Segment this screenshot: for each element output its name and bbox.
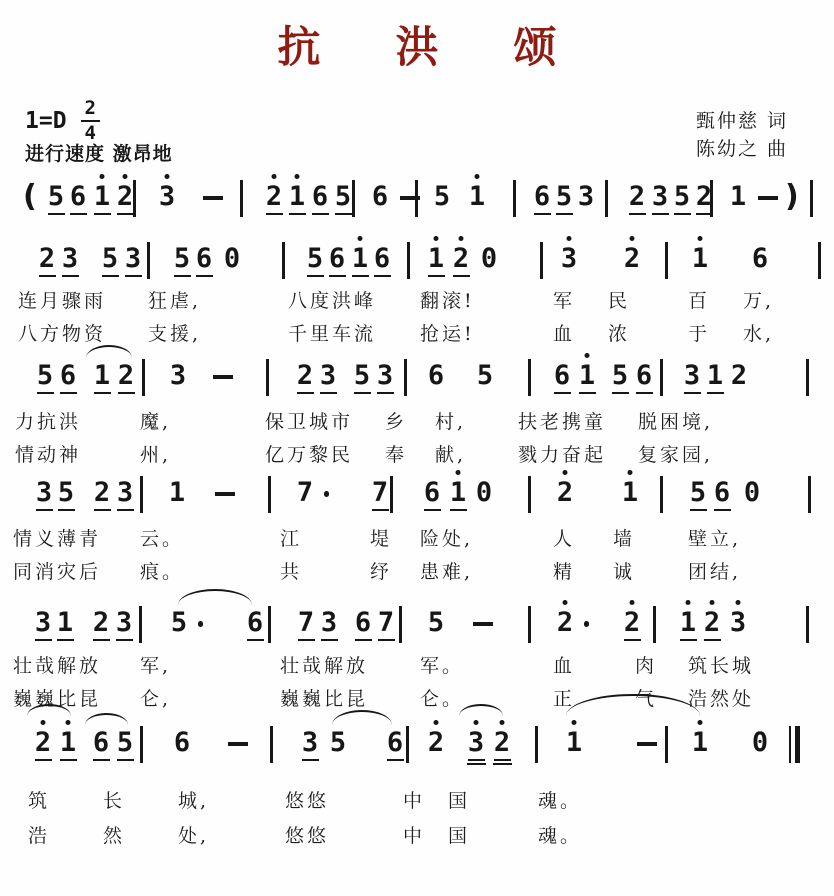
note: 5 [113,727,137,763]
note: 0 [748,727,772,763]
note: 5 [670,181,694,217]
octave-dot-above [686,600,691,605]
note: 6 [308,181,332,217]
lyric-word: 魔, [140,407,171,434]
note: 2 [90,477,114,513]
octave-dot-above [434,236,439,241]
lyric-word: 亿万黎民 [265,440,353,467]
lyric-word: 仑, [140,684,171,711]
lyric-word: 复家园, [638,440,713,467]
lyric-word: 保卫城市 [265,407,353,434]
octave-dot-above [698,720,703,725]
close-paren: ) [785,179,799,215]
lyric-word: 军。 [420,651,464,678]
octave-dot-above [434,720,439,725]
note: 1 [90,181,114,217]
note: 3 [121,243,145,279]
barline [660,359,663,396]
note: 1 [424,243,448,279]
note: 3 [113,477,137,513]
note: 3 [557,243,581,279]
note: 2 [553,607,577,643]
note: 5 [54,477,78,513]
octave-dot-above [123,174,128,179]
lyric-word: 翻滚! [420,286,475,313]
barline [406,726,409,763]
note: 6 [748,243,772,279]
lyric-word: 巍巍比昆 [280,684,368,711]
octave-dot-above [630,236,635,241]
barline [282,242,285,279]
lyric-word: 云。 [140,524,184,551]
lyric-word: 狂虐, [148,286,201,313]
note: 6 [351,607,375,643]
note: 6 [89,727,113,763]
lyric-word: 壮哉解放 [13,651,101,678]
lyric-word: 扶老携童 [518,407,606,434]
octave-dot-above [272,174,277,179]
note: 2 [449,243,473,279]
lyric-word: 八方物资 [18,319,106,346]
barline [404,359,407,396]
note: 5 [167,607,191,643]
octave-dot-above [295,174,300,179]
note: 2 [620,607,644,643]
note: 3 [726,607,750,643]
lyric-word: 血 [553,651,575,678]
note: 6 [424,360,448,396]
note: 3 [155,181,179,217]
lyric-word: 中 [403,786,425,813]
lyric-word: 处, [178,821,209,848]
lyric-word: 情动神 [15,440,81,467]
slur-arc [86,345,132,358]
note: 1 [688,243,712,279]
dash-continuation [213,375,233,379]
note: 5 [430,181,454,217]
lyric-word: 连月骤雨 [18,286,106,313]
note: 2 [262,181,286,217]
lyric-word: 肉 [635,651,657,678]
octave-dot-above [66,720,71,725]
lyric-word: 然 [103,821,125,848]
lyric-word: 军, [140,651,171,678]
barline [268,606,271,643]
lyric-word: 八度洪峰 [288,286,376,313]
note: 3 [31,607,55,643]
lyric-word: 诚 [613,557,635,584]
note: 2 [35,243,59,279]
barline [352,180,355,217]
lyric-word: 筑长城 [688,651,754,678]
lyric-word: 浩然处 [688,684,754,711]
lyric-word: 情义薄青 [13,524,101,551]
lyric-word: 团结, [688,557,741,584]
barline [665,242,668,279]
note: 5 [98,243,122,279]
lyric-word: 筑 [28,786,50,813]
note: 5 [326,727,350,763]
slur-arc [459,704,503,716]
lyric-word: 支援, [148,319,201,346]
dash-continuation [473,622,493,626]
barline [513,180,516,217]
note: 7 [294,607,318,643]
note: 6 [632,360,656,396]
barline [268,476,271,513]
note: 6 [66,181,90,217]
barline [810,180,813,217]
barline [605,180,608,217]
note: 0 [477,243,501,279]
lyric-word: 奉 [385,440,407,467]
note: 7 [374,607,398,643]
lyric-word: 戮力奋起 [518,440,606,467]
note: 1 [575,360,599,396]
note: 2 [620,243,644,279]
note: 3 [373,360,397,396]
barline [133,180,136,217]
note: 2 [31,727,55,763]
note: 5 [473,360,497,396]
octave-dot-above [41,720,46,725]
note: 1 [165,477,189,513]
note: 1 [562,727,586,763]
note: 1 [446,477,470,513]
barline [140,726,143,763]
lyric-word: 精 [553,557,575,584]
lyric-word: 国 [448,786,470,813]
lyric-word: 水, [743,319,774,346]
dash-continuation [203,196,223,200]
lyric-word: 长 [103,786,125,813]
barline [660,476,663,513]
lyric-word: 壁立, [688,524,741,551]
note: 3 [58,243,82,279]
barline [266,359,269,396]
note: 2 [424,727,448,763]
note: 6 [243,607,267,643]
note: 3 [112,607,136,643]
lyric-word: 仑。 [420,684,464,711]
note: 5 [303,243,327,279]
note: 6 [368,181,392,217]
barline [808,476,811,513]
note: 3 [574,181,598,217]
octave-dot-above [736,600,741,605]
barline [665,726,668,763]
lyric-word: 纾 [370,557,392,584]
lyric-word: 于 [688,319,710,346]
barline [390,476,393,513]
note: 6 [170,727,194,763]
octave-dot-above [474,720,479,725]
barline [540,242,543,279]
lyric-word: 力抗洪 [15,407,81,434]
note: 1 [53,607,77,643]
final-barline [795,726,800,763]
octave-dot-above [630,600,635,605]
note: 2 [490,727,514,763]
lyric-word: 痕。 [140,557,184,584]
barline [528,476,531,513]
barline [415,180,418,217]
note: 2 [625,181,649,217]
octave-dot-above [456,470,461,475]
slur-arc [332,710,392,725]
dash-continuation [215,492,235,496]
note: 6 [56,360,80,396]
note: 0 [472,477,496,513]
lyric-word: 乡 [385,407,407,434]
lyric-word: 百 [688,286,710,313]
note: 6 [530,181,554,217]
note: 5 [170,243,194,279]
note: 2 [293,360,317,396]
dash-continuation [637,742,657,746]
note: 1 [56,727,80,763]
sheet-music-page: 抗 洪 颂 1=D 2 4 进行速度 激昂地 甄仲慈 词 陈幼之 曲 (5612… [0,0,834,896]
octave-dot-above [459,236,464,241]
lyric-word: 共 [280,557,302,584]
barline [653,606,656,643]
octave-dot-above [585,353,590,358]
lyric-word: 险处, [420,524,473,551]
lyric-word: 魂。 [538,786,582,813]
lyric-word: 墙 [613,524,635,551]
octave-dot-above [698,236,703,241]
note: 1 [90,360,114,396]
lyric-word: 堤 [370,524,392,551]
note: 5 [33,360,57,396]
note: 6 [325,243,349,279]
note: 6 [383,727,407,763]
lyric-word: 国 [448,821,470,848]
slur-arc [85,713,128,725]
octave-dot-above [358,236,363,241]
octave-dot-above [710,600,715,605]
lyric-word: 万, [743,286,774,313]
note: 2 [553,477,577,513]
note: 1 [688,727,712,763]
barline [142,359,145,396]
lyric-word: 献, [435,440,466,467]
note: 1 [676,607,700,643]
slur-arc [178,589,252,605]
note: 1 [465,181,489,217]
note: 2 [727,360,751,396]
note: 0 [740,477,764,513]
note: 3 [680,360,704,396]
lyric-word: 悠悠 [285,821,329,848]
octave-dot-above [572,720,577,725]
barline [818,242,821,279]
note: 3 [648,181,672,217]
dash-continuation [228,742,248,746]
lyric-word: 州, [140,440,171,467]
lyric-word: 同消灾后 [13,557,101,584]
octave-dot-above [563,600,568,605]
note: 6 [710,477,734,513]
lyric-word: 浓 [608,319,630,346]
lyric-word: 军 [553,286,575,313]
octave-dot-above [563,470,568,475]
note: 5 [608,360,632,396]
note: 1 [348,243,372,279]
note: 5 [44,181,68,217]
barline [528,359,531,396]
barline [535,726,538,763]
barline [270,726,273,763]
lyric-word: 抢运! [420,319,475,346]
barline [139,606,142,643]
lyric-word: 脱困境, [638,407,713,434]
note: 3 [317,607,341,643]
barline [710,180,713,217]
lyric-word: 悠悠 [285,786,329,813]
octave-dot-above [165,174,170,179]
note: 6 [370,243,394,279]
slur-arc [566,694,700,716]
note: 6 [550,360,574,396]
note: 2 [114,360,138,396]
lyric-word: 血 [553,319,575,346]
note: 5 [350,360,374,396]
barline [407,242,410,279]
note: 7 [293,477,317,513]
note: 3 [166,360,190,396]
octave-dot-above [628,470,633,475]
barline [806,359,809,396]
note: 1 [285,181,309,217]
lyric-word: 江 [280,524,302,551]
note: 7 [368,477,392,513]
lyric-word: 患难, [420,557,473,584]
note: 2 [89,607,113,643]
barline [399,606,402,643]
octave-dot-above [500,720,505,725]
lyric-word: 浩 [28,821,50,848]
lyric-word: 村, [435,407,466,434]
note: 5 [424,607,448,643]
barline [147,242,150,279]
note: 3 [298,727,322,763]
note: 1 [618,477,642,513]
barline [528,606,531,643]
note: 2 [700,607,724,643]
octave-dot-above [475,174,480,179]
note: 3 [32,477,56,513]
score-area: (56123216565165323521)235356056161203216… [0,0,834,896]
dash-continuation [758,196,778,200]
barline [140,476,143,513]
octave-dot-above [100,174,105,179]
note: 6 [420,477,444,513]
note: 5 [686,477,710,513]
note: 1 [726,181,750,217]
lyric-word: 壮哉解放 [280,651,368,678]
octave-dot-above [567,236,572,241]
barline [806,606,809,643]
note: 3 [316,360,340,396]
lyric-word: 人 [553,524,575,551]
note: 6 [192,243,216,279]
barline [240,180,243,217]
note: 0 [220,243,244,279]
lyric-word: 民 [608,286,630,313]
open-paren: ( [23,179,37,215]
lyric-word: 魂。 [538,821,582,848]
note: 3 [464,727,488,763]
note: 5 [552,181,576,217]
note: 1 [703,360,727,396]
lyric-word: 中 [403,821,425,848]
lyric-word: 城, [178,786,209,813]
lyric-word: 千里车流 [288,319,376,346]
